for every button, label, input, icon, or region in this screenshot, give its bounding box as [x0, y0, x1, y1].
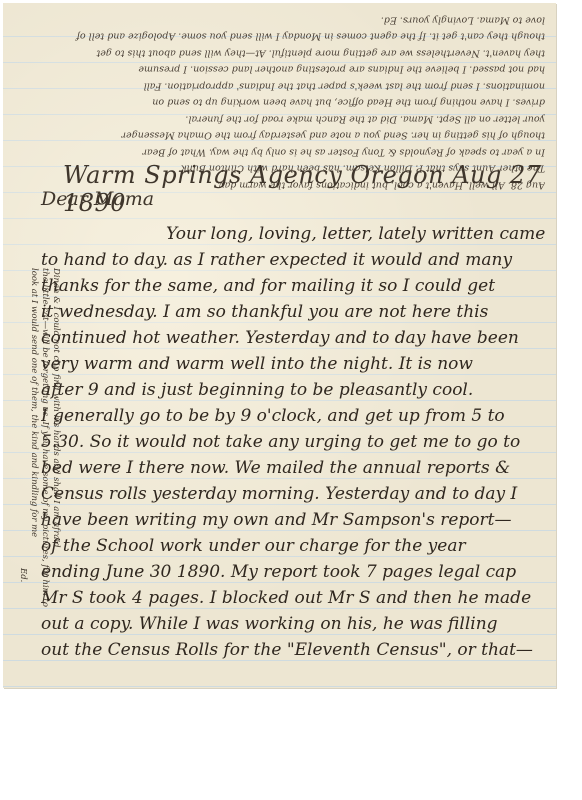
- body-line: continued hot weather. Yesterday and to …: [41, 325, 551, 351]
- body-line: very warm and warm well into the night. …: [41, 351, 551, 377]
- cross-writing-line: nominations. I send from the last week's…: [25, 77, 545, 94]
- letter-body: Your long, loving, letter, lately writte…: [41, 221, 551, 663]
- cross-writing-line: though of his getting in her. Send you a…: [25, 127, 545, 144]
- body-line: thanks for the same, and for mailing it …: [41, 273, 551, 299]
- cross-writing-line: they haven't. Nevertheless we are gettin…: [25, 44, 545, 61]
- cross-writing-line: drives. I have nothing from the Head off…: [25, 94, 545, 111]
- margin-note-vertical: Dinah & I could not clip find with his h…: [5, 268, 61, 688]
- body-line: Mr S took 4 pages. I blocked out Mr S an…: [41, 585, 551, 611]
- salutation: Dear Mama: [41, 188, 154, 210]
- margin-note-line: Dinah & I could not clip find with his h…: [50, 268, 61, 688]
- body-line: Your long, loving, letter, lately writte…: [41, 221, 551, 247]
- letter-paper: Aug 28. All well. Haven't a cool, but in…: [3, 3, 556, 688]
- cross-writing-line: your letter on all Sept. Mama. Did at th…: [25, 110, 545, 127]
- body-line: out the Census Rolls for the "Eleventh C…: [41, 637, 551, 663]
- body-line: have been writing my own and Mr Sampson'…: [41, 507, 551, 533]
- cross-writing-line: In a year to speak of Reynolds & Tony Fo…: [25, 143, 545, 160]
- body-line: of the School work under our charge for …: [41, 533, 551, 559]
- cross-writing-line: though they can't get it. If the agent c…: [25, 28, 545, 45]
- body-line: after 9 and is just beginning to be plea…: [41, 377, 551, 403]
- cross-writing-line: love to Mama. Lovingly yours. Ed.: [25, 11, 545, 28]
- body-line: to hand to day. as I rather expected it …: [41, 247, 551, 273]
- body-line: Census rolls yesterday morning. Yesterda…: [41, 481, 551, 507]
- body-line: bed were I there now. We mailed the annu…: [41, 455, 551, 481]
- body-line: 5.30. So it would not take any urging to…: [41, 429, 551, 455]
- body-line: out a copy. While I was working on his, …: [41, 611, 551, 637]
- margin-note-line: the little cat—will be forgetting us. If…: [39, 268, 50, 688]
- margin-signature: Ed.: [17, 568, 28, 688]
- cross-writing-line: had not passed. I believe the Indians ar…: [25, 61, 545, 78]
- body-line: ending June 30 1890. My report took 7 pa…: [41, 559, 551, 585]
- margin-note-line: look at I would send one of them, the ki…: [28, 268, 39, 688]
- body-line: I generally go to be by 9 o'clock, and g…: [41, 403, 551, 429]
- body-line: it wednesday. I am so thankful you are n…: [41, 299, 551, 325]
